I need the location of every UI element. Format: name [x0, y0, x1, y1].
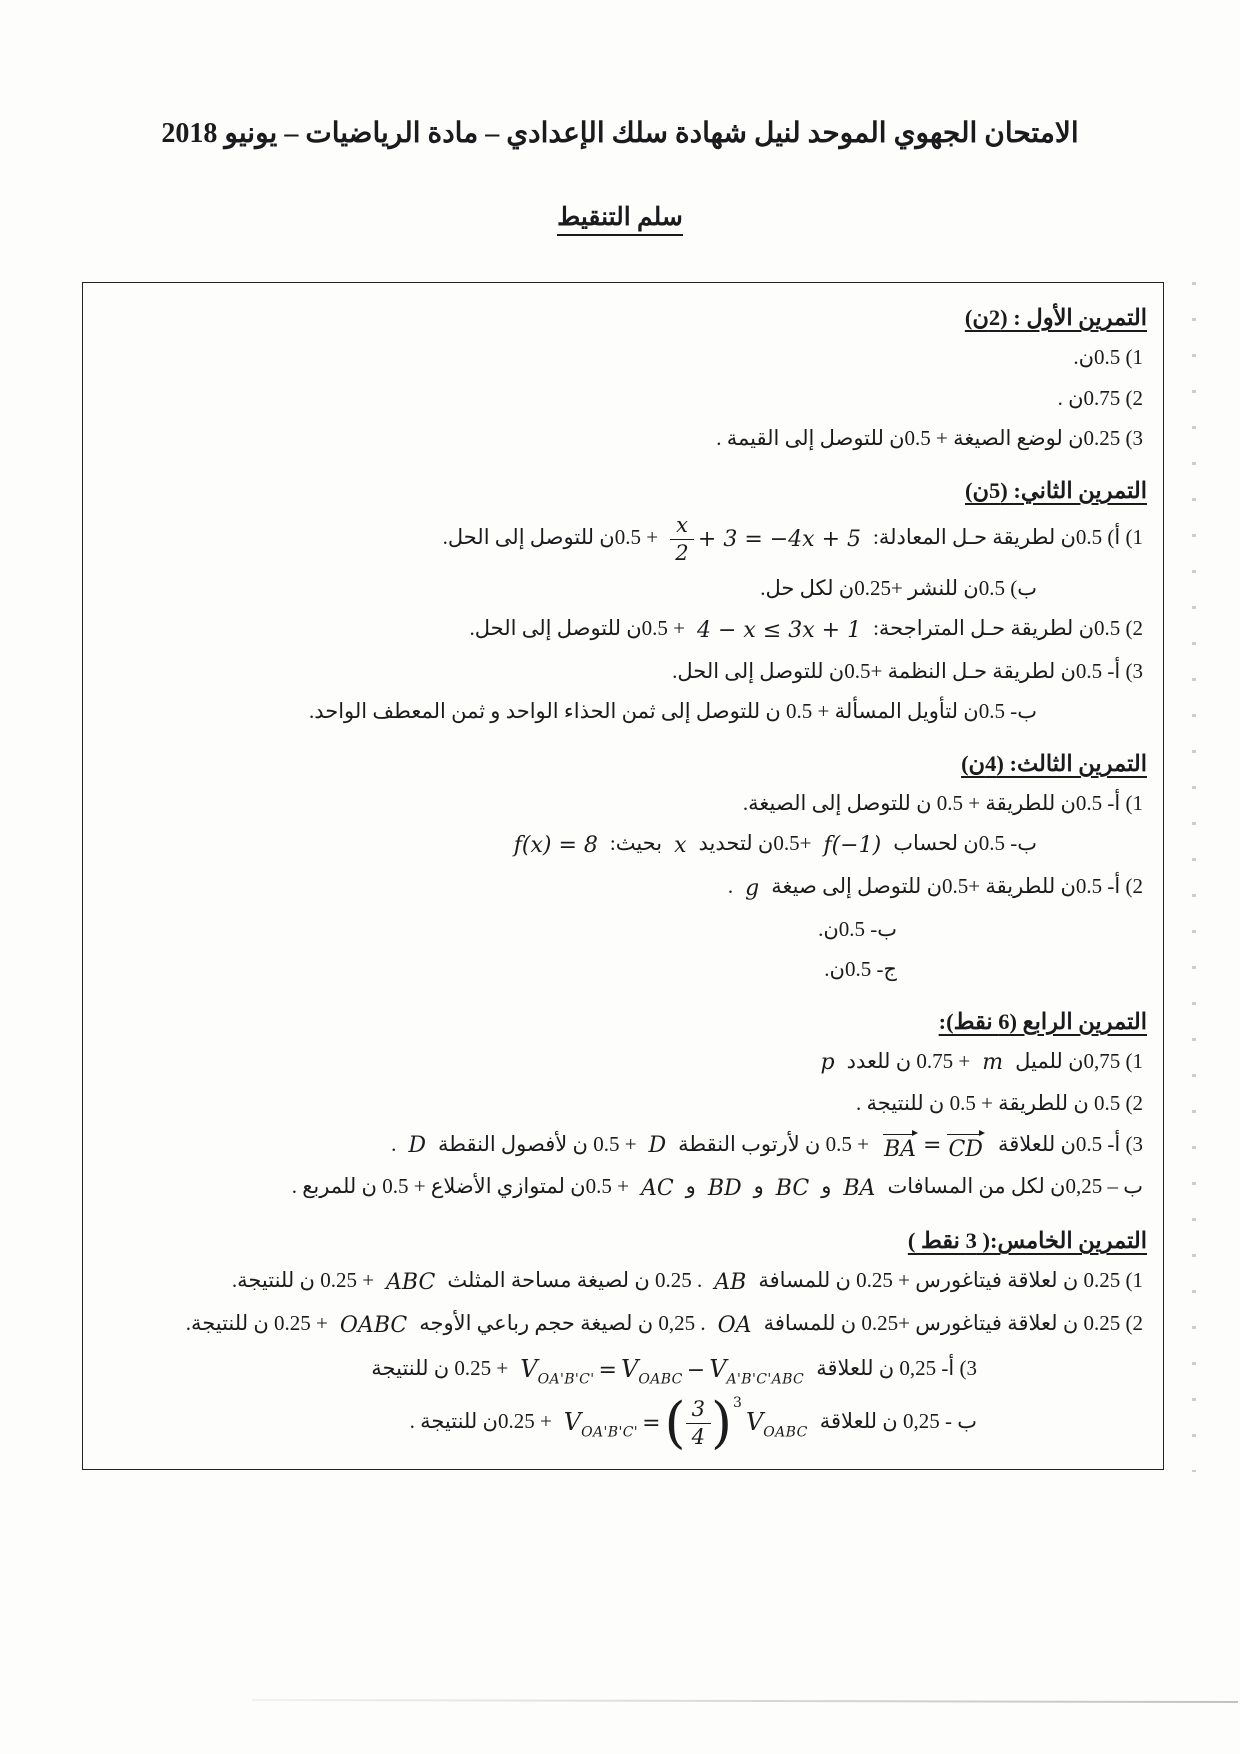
- math-token: AB: [714, 1266, 746, 1299]
- math-expression: x2+ 3 = −4x + 5: [670, 515, 861, 564]
- variable-base: V: [520, 1355, 537, 1383]
- parenthesized-fraction-power: (34)3: [665, 1399, 742, 1448]
- math-expression: AC: [641, 1172, 674, 1205]
- score-line: 1) 0,75ن للميلm+ 0.75 ن للعددp: [93, 1046, 1149, 1080]
- subscripted-variable: VA'B'C'ABC: [709, 1351, 804, 1390]
- math-token: f(x) = 8: [514, 829, 598, 862]
- arabic-text: + 0.75 ن للعدد: [847, 1049, 971, 1073]
- arabic-text: ج- 0.5ن.: [824, 957, 897, 981]
- arabic-text: 2) 0.5 ن للطريقة + 0.5 ن للنتيجة .: [856, 1091, 1143, 1115]
- exponent: 3: [733, 1393, 742, 1414]
- exercise-section: التمرين الخامس:( 3 نقط )1) 0.25 ن لعلاقة…: [93, 1214, 1149, 1448]
- subscripted-variable: VOA'B'C': [520, 1351, 594, 1390]
- score-line: 2) أ- 0.5ن للطريقة +0.5ن للتوصل إلى صيغة…: [93, 871, 1149, 905]
- variable-subscript: OABC: [638, 1371, 682, 1387]
- arabic-text: + 0.25 ن للنتيجة.: [186, 1311, 328, 1335]
- math-expression: VOA'B'C'=(34)3VOABC: [564, 1399, 808, 1448]
- math-token: + 3 = −4x + 5: [698, 523, 861, 556]
- score-line: 3) أ- 0,25 ن للعلاقةVOA'B'C'=VOABC−VA'B'…: [93, 1351, 1149, 1390]
- arabic-text: + 0.25ن للنتيجة .: [410, 1409, 552, 1433]
- subtitle-row: سلم التنقيط: [0, 202, 1240, 236]
- math-expression: x: [674, 829, 686, 862]
- math-expression: 4 − x ≤ 3x + 1: [697, 614, 861, 647]
- arabic-text: 2) 0.5ن لطريقة حـل المتراجحة:: [873, 616, 1143, 640]
- exercise-heading: التمرين الأول : (2ن): [965, 305, 1147, 331]
- page-subtitle: سلم التنقيط: [557, 202, 683, 236]
- math-token: f(−1): [823, 829, 881, 862]
- math-token: BD: [708, 1172, 742, 1205]
- math-expression: BD: [708, 1172, 742, 1205]
- score-line: ب- 0.5ن.: [93, 914, 1149, 946]
- variable-base: V: [746, 1408, 763, 1436]
- arabic-text: بحيث:: [610, 831, 662, 855]
- math-token: BA: [843, 1172, 875, 1205]
- subscripted-variable: VOA'B'C': [564, 1404, 638, 1443]
- math-expression: AB: [714, 1266, 746, 1299]
- fraction-denominator: 4: [692, 1424, 705, 1448]
- arabic-text: 1) أ- 0.5ن للطريقة + 0.5 ن للتوصل إلى ال…: [743, 791, 1143, 815]
- math-token: 4 − x ≤ 3x + 1: [697, 614, 861, 647]
- arabic-text: 1) 0.5ن.: [1073, 345, 1143, 369]
- arabic-text: ب - 0,25 ن للعلاقة: [820, 1409, 977, 1433]
- math-token: =: [642, 1407, 660, 1440]
- exercise-section: التمرين الثاني: (5ن)1) أ) 0.5ن لطريقة حـ…: [93, 464, 1149, 728]
- arabic-text: 3) 0.25ن لوضع الصيغة + 0.5ن للتوصل إلى ا…: [716, 426, 1143, 450]
- exercise-heading: التمرين الثاني: (5ن): [965, 478, 1147, 504]
- score-line: 2) 0.25 ن لعلاقة فيتاغورس +0.25 ن للمساف…: [93, 1308, 1149, 1342]
- arabic-text: + 0.25 ن للنتيجة.: [232, 1268, 374, 1292]
- math-token: p: [821, 1046, 835, 1079]
- score-line: ج- 0.5ن.: [93, 954, 1149, 986]
- math-expression: BA=CD: [881, 1129, 986, 1162]
- score-line: 1) 0.5ن.: [93, 342, 1149, 374]
- arabic-text: 1) أ) 0.5ن لطريقة حـل المعادلة:: [873, 525, 1143, 549]
- arabic-text: 3) أ- 0,25 ن للعلاقة: [816, 1356, 977, 1380]
- arabic-text: 2) 0.75ن .: [1058, 386, 1143, 410]
- math-token: AC: [641, 1172, 674, 1205]
- math-expression: D: [649, 1129, 667, 1162]
- fraction-numerator: x: [670, 515, 694, 540]
- scoring-box: التمرين الأول : (2ن)1) 0.5ن.2) 0.75ن .3)…: [82, 282, 1164, 1470]
- math-token: g: [745, 872, 759, 905]
- arabic-text: 2) أ- 0.5ن للطريقة +0.5ن للتوصل إلى صيغة: [771, 874, 1143, 898]
- exercise-heading-row: التمرين الخامس:( 3 نقط ): [93, 1214, 1149, 1256]
- arabic-text: ب- 0.5ن لتأويل المسألة + 0.5 ن للتوصل إل…: [309, 699, 1037, 723]
- arabic-text: . 0,25 ن لصيغة حجم رباعي الأوجه: [419, 1311, 705, 1335]
- score-line: 3) 0.25ن لوضع الصيغة + 0.5ن للتوصل إلى ا…: [93, 423, 1149, 455]
- score-line: ب- 0.5ن لتأويل المسألة + 0.5 ن للتوصل إل…: [93, 696, 1149, 728]
- scan-artifact-right-dots: [1192, 282, 1196, 1472]
- exercise-heading-row: التمرين الثاني: (5ن): [93, 464, 1149, 506]
- variable-subscript: A'B'C'ABC: [727, 1371, 805, 1387]
- arabic-text: + 0.5ن للتوصل إلى الحل.: [443, 525, 658, 549]
- arabic-text: 1) 0,75ن للميل: [1015, 1049, 1143, 1073]
- variable-base: V: [621, 1355, 638, 1383]
- page-title: الامتحان الجهوي الموحد لنيل شهادة سلك ال…: [0, 0, 1240, 150]
- math-token: −: [687, 1354, 705, 1387]
- arabic-text: +0.5ن لتحديد: [699, 831, 812, 855]
- exercise-heading-row: التمرين الثالث: (4ن): [93, 737, 1149, 779]
- score-line: 1) أ- 0.5ن للطريقة + 0.5 ن للتوصل إلى ال…: [93, 788, 1149, 820]
- score-line: 2) 0.75ن .: [93, 383, 1149, 415]
- subscripted-variable: VOABC: [746, 1404, 808, 1443]
- math-token: m: [982, 1046, 1003, 1079]
- arabic-text: ب) 0.5ن للنشر +0.25ن لكل حل.: [760, 576, 1037, 600]
- fraction: 34: [686, 1399, 711, 1448]
- math-expression: p: [821, 1046, 835, 1079]
- score-line: ب- 0.5ن لحسابf(−1)+0.5ن لتحديدxبحيث:f(x)…: [93, 828, 1149, 862]
- variable-subscript: OA'B'C': [581, 1424, 638, 1440]
- arabic-text: .: [728, 874, 733, 898]
- vector-notation: BA: [881, 1131, 919, 1161]
- exercise-heading-row: التمرين الرابع (6 نقط):: [93, 995, 1149, 1037]
- math-expression: g: [745, 872, 759, 905]
- fraction: x2: [670, 515, 694, 564]
- scan-artifact-bottom-line: [252, 1699, 1238, 1703]
- variable-base: V: [564, 1408, 581, 1436]
- variable-base: V: [709, 1355, 726, 1383]
- score-line: ب – 0,25ن لكل من المسافاتBAوBCوBDوAC+ 0.…: [93, 1171, 1149, 1205]
- fraction-denominator: 2: [675, 540, 688, 564]
- variable-subscript: OABC: [763, 1424, 807, 1440]
- arabic-text: و: [821, 1174, 831, 1198]
- exercise-heading: التمرين الثالث: (4ن): [961, 751, 1147, 777]
- arabic-text: 3) أ- 0.5ن للعلاقة: [998, 1132, 1143, 1156]
- math-token: =: [923, 1129, 941, 1162]
- fraction-numerator: 3: [686, 1399, 711, 1424]
- arabic-text: 2) 0.25 ن لعلاقة فيتاغورس +0.25 ن للمساف…: [764, 1311, 1143, 1335]
- arabic-text: + 0.5ن للتوصل إلى الحل.: [470, 616, 685, 640]
- score-line: 2) 0.5 ن للطريقة + 0.5 ن للنتيجة .: [93, 1088, 1149, 1120]
- score-line: 3) أ- 0.5ن لطريقة حـل النظمة +0.5ن للتوص…: [93, 656, 1149, 688]
- math-token: D: [408, 1129, 426, 1162]
- math-expression: f(x) = 8: [514, 829, 598, 862]
- arabic-text: + 0.5ن لمتوازي الأضلاع + 0.5 ن للمربع .: [292, 1174, 629, 1198]
- math-expression: f(−1): [823, 829, 881, 862]
- math-token: ABC: [386, 1266, 435, 1299]
- arabic-text: 1) 0.25 ن لعلاقة فيتاغورس + 0.25 ن للمسا…: [758, 1268, 1143, 1292]
- arabic-text: + 0.5 ن لأرتوب النقطة: [678, 1132, 869, 1156]
- exercise-section: التمرين الثالث: (4ن)1) أ- 0.5ن للطريقة +…: [93, 737, 1149, 986]
- arabic-text: ب – 0,25ن لكل من المسافات: [887, 1174, 1143, 1198]
- math-expression: ABC: [386, 1266, 435, 1299]
- math-token: D: [649, 1129, 667, 1162]
- score-line: 2) 0.5ن لطريقة حـل المتراجحة:4 − x ≤ 3x …: [93, 613, 1149, 647]
- math-expression: VOA'B'C'=VOABC−VA'B'C'ABC: [520, 1351, 804, 1390]
- arabic-text: .: [391, 1132, 396, 1156]
- arabic-text: و: [754, 1174, 764, 1198]
- math-token: BC: [776, 1172, 809, 1205]
- score-line: 1) 0.25 ن لعلاقة فيتاغورس + 0.25 ن للمسا…: [93, 1265, 1149, 1299]
- exercise-heading: التمرين الخامس:( 3 نقط ): [908, 1228, 1147, 1254]
- subscripted-variable: VOABC: [621, 1351, 683, 1390]
- math-token: OABC: [340, 1309, 407, 1342]
- scanned-document-page: الامتحان الجهوي الموحد لنيل شهادة سلك ال…: [0, 0, 1240, 1754]
- arabic-text: ب- 0.5ن.: [818, 917, 897, 941]
- arabic-text: . 0.25 ن لصيغة مساحة المثلث: [447, 1268, 702, 1292]
- score-line: 1) أ) 0.5ن لطريقة حـل المعادلة:x2+ 3 = −…: [93, 515, 1149, 564]
- arabic-text: ب- 0.5ن لحساب: [893, 831, 1037, 855]
- math-token: OA: [718, 1309, 752, 1342]
- exercise-section: التمرين الرابع (6 نقط):1) 0,75ن للميلm+ …: [93, 995, 1149, 1206]
- math-expression: OA: [718, 1309, 752, 1342]
- exercise-section: التمرين الأول : (2ن)1) 0.5ن.2) 0.75ن .3)…: [93, 291, 1149, 455]
- math-token: x: [674, 829, 686, 862]
- score-line: ب) 0.5ن للنشر +0.25ن لكل حل.: [93, 573, 1149, 605]
- math-expression: m: [982, 1046, 1003, 1079]
- vector-notation: CD: [945, 1131, 985, 1161]
- arabic-text: + 0.5 ن لأفصول النقطة: [438, 1132, 637, 1156]
- arabic-text: و: [686, 1174, 696, 1198]
- exercise-heading-row: التمرين الأول : (2ن): [93, 291, 1149, 333]
- score-line: ب - 0,25 ن للعلاقةVOA'B'C'=(34)3VOABC+ 0…: [93, 1399, 1149, 1448]
- arabic-text: 3) أ- 0.5ن لطريقة حـل النظمة +0.5ن للتوص…: [672, 659, 1143, 683]
- math-expression: BA: [843, 1172, 875, 1205]
- math-expression: BC: [776, 1172, 809, 1205]
- exercise-heading: التمرين الرابع (6 نقط):: [939, 1009, 1147, 1035]
- math-expression: D: [408, 1129, 426, 1162]
- variable-subscript: OA'B'C': [538, 1371, 595, 1387]
- math-token: =: [599, 1354, 617, 1387]
- score-line: 3) أ- 0.5ن للعلاقةBA=CD+ 0.5 ن لأرتوب ال…: [93, 1129, 1149, 1163]
- math-expression: OABC: [340, 1309, 407, 1342]
- arabic-text: + 0.25 ن للنتيجة: [371, 1356, 508, 1380]
